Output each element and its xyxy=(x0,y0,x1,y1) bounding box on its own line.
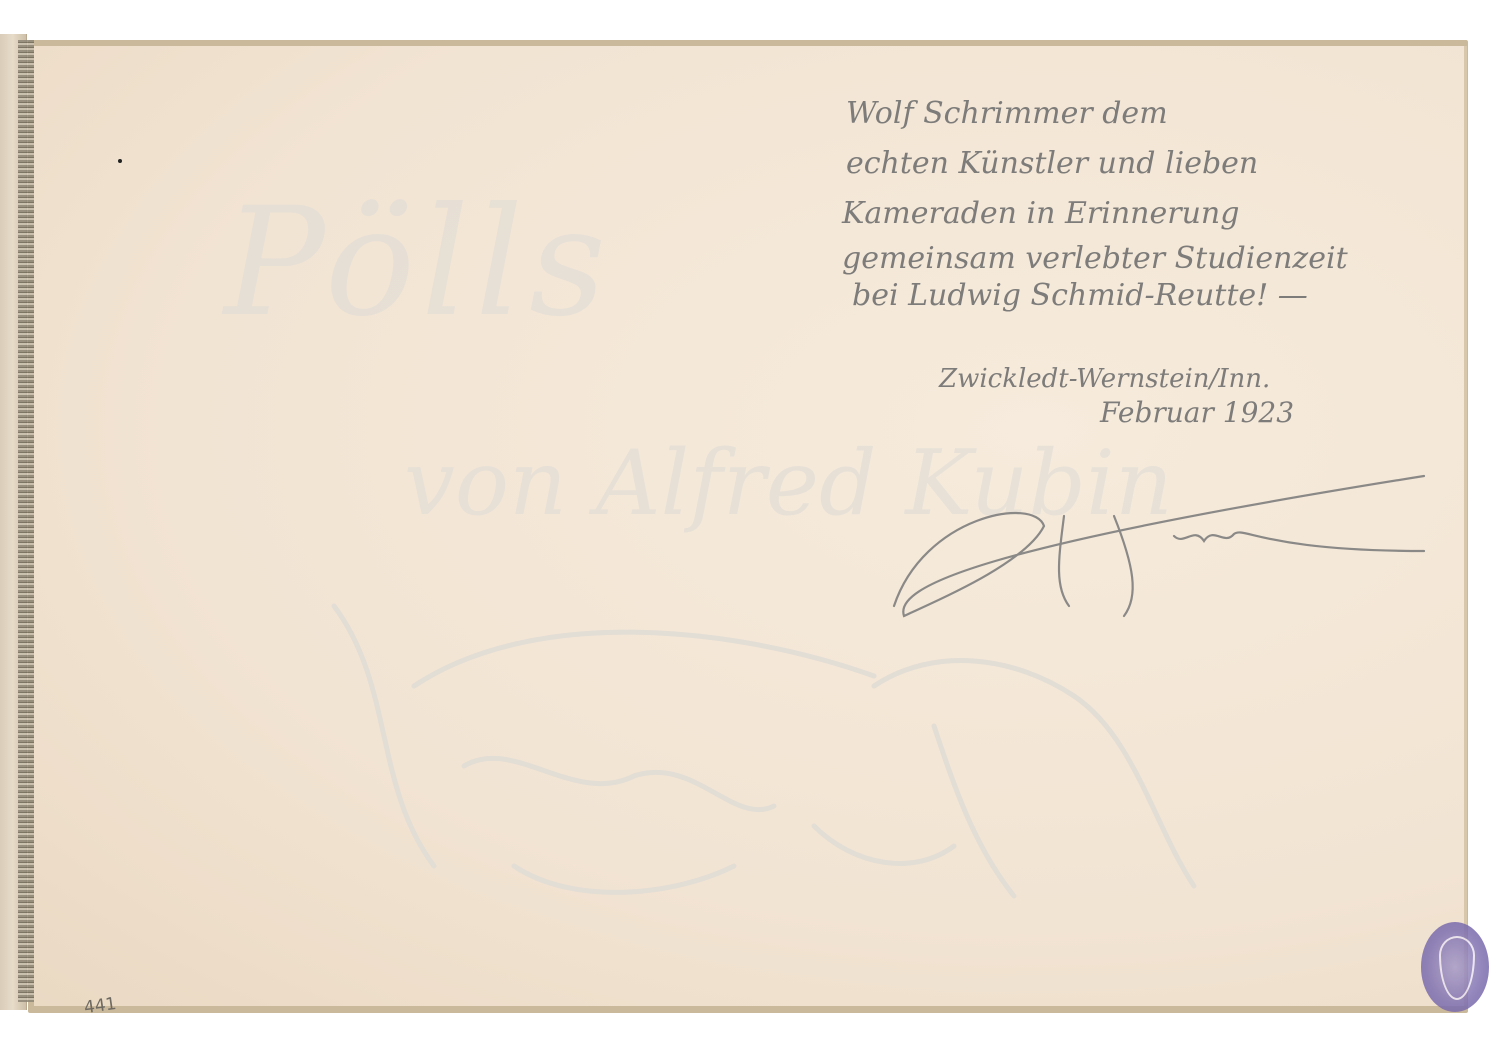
inscription-line-2: echten Künstler und lieben xyxy=(846,146,1258,181)
inscription-line-5: bei Ludwig Schmid-Reutte! — xyxy=(852,278,1308,313)
inscription-line-1: Wolf Schrimmer dem xyxy=(846,96,1168,131)
signature-text: Alfred Kubin xyxy=(934,516,940,517)
pencil-inventory-number: 441 xyxy=(83,994,118,1018)
collector-stamp xyxy=(1421,922,1489,1012)
inscription-date: Februar 1923 xyxy=(1100,396,1294,429)
inscription-line-4: gemeinsam verlebter Studienzeit xyxy=(842,241,1348,276)
inscription-line-3: Kameraden in Erinnerung xyxy=(842,196,1239,231)
show-through-title: Pölls xyxy=(224,176,612,350)
stamp-monogram-icon xyxy=(1439,936,1475,1000)
album-page: Pölls von Alfred Kubin Wolf Schrimmer de… xyxy=(34,46,1467,1006)
book-spine-binding xyxy=(18,40,34,1002)
paper-speck xyxy=(118,159,122,163)
inscription-place: Zwickledt-Wernstein/Inn. xyxy=(939,364,1270,394)
signature-flourish xyxy=(884,456,1444,646)
